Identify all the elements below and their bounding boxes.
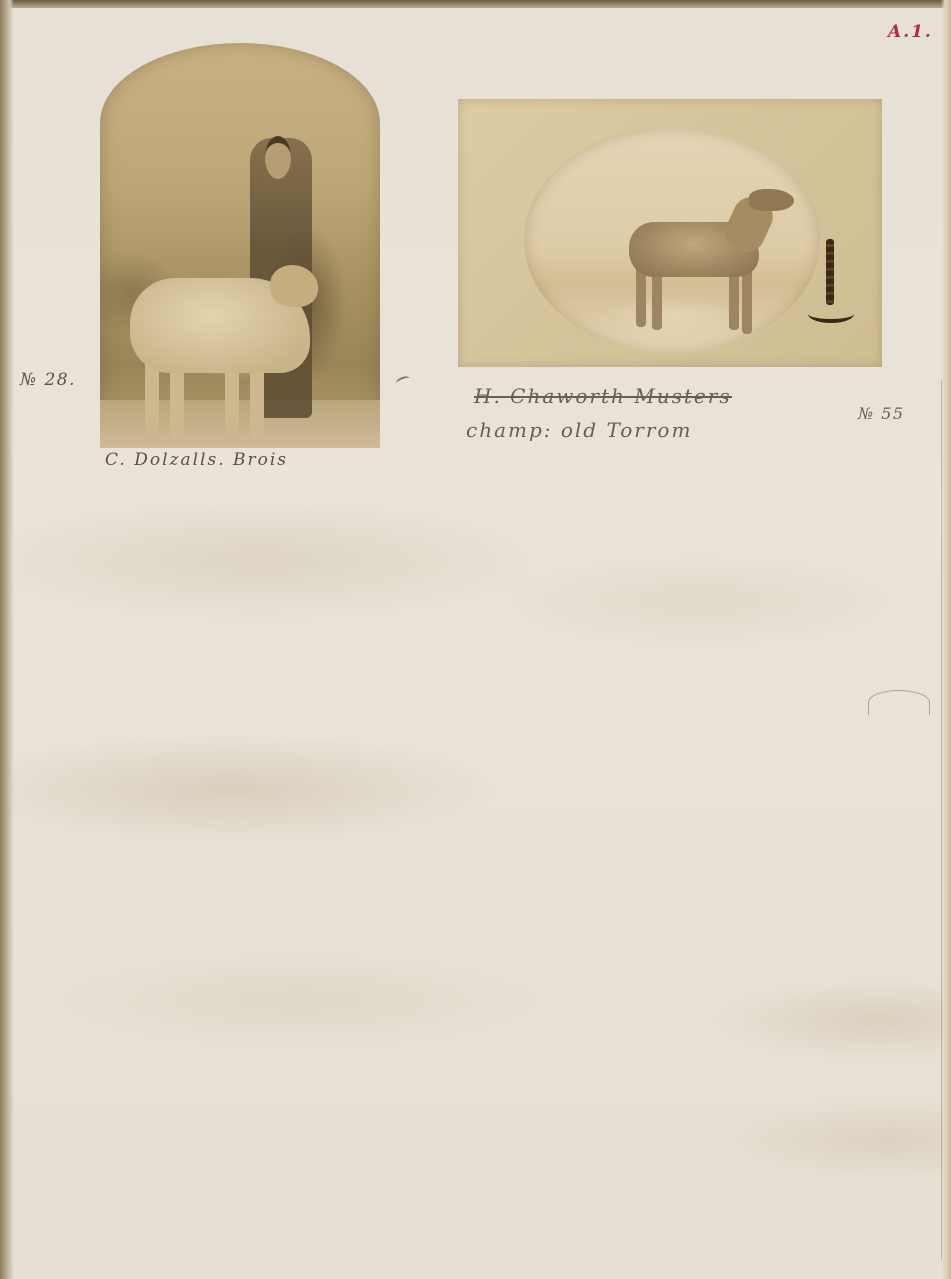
photo-floor: [100, 400, 380, 448]
man-head: [265, 136, 291, 179]
photo-deerhound-with-stand: [458, 99, 882, 367]
pedestal-stand: [826, 239, 834, 305]
page-top-edge: [0, 0, 951, 8]
page-left-edge: [0, 0, 14, 1279]
photo-man-with-deerhound: [100, 43, 380, 448]
oval-vignette: [524, 127, 820, 353]
deerhound-head: [749, 189, 794, 211]
pedestal-base: [808, 305, 854, 323]
photo2-owner-caption: H. Chaworth Musters: [474, 384, 732, 408]
strikethrough-line: [474, 396, 732, 398]
page-right-edge: [941, 0, 951, 1279]
dog-leg: [742, 269, 752, 334]
pencil-curve-mark: [868, 690, 930, 715]
pencil-mark: [395, 375, 411, 386]
page-fold-line: [941, 380, 942, 1260]
album-page: A.1. № 28. C. Dolzalls. Brois H. Chawort…: [0, 0, 951, 1279]
photo1-caption: C. Dolzalls. Brois: [105, 450, 288, 470]
page-reference: A.1.: [888, 22, 933, 42]
deerhound-head: [270, 265, 318, 307]
photo2-number-label: № 55: [858, 404, 905, 423]
photo1-number-label: № 28.: [20, 370, 76, 390]
photo2-dog-caption: champ: old Torrom: [466, 418, 692, 442]
